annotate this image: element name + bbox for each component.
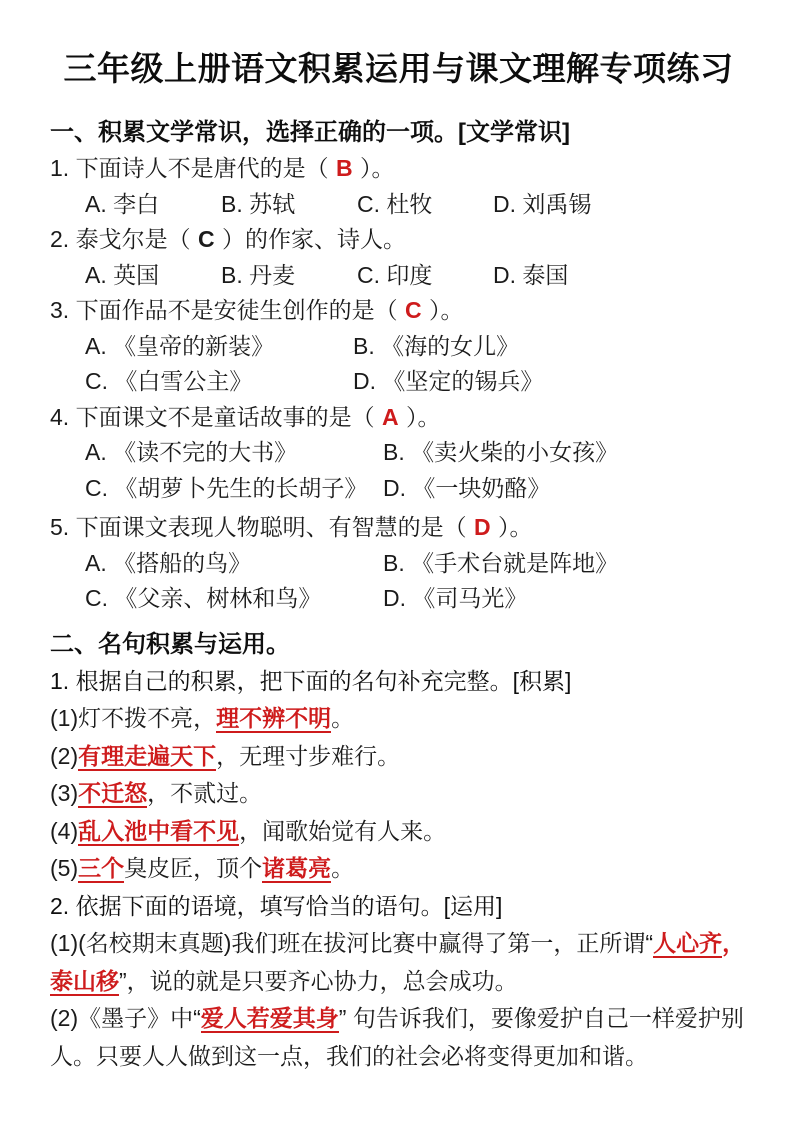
usage-item-1-answer-part-2: 泰山移 bbox=[50, 968, 119, 996]
usage-item-2-line-2: 人。只要人人做到这一点，我们的社会必将变得更加和谐。 bbox=[50, 1038, 747, 1076]
fill-item-1-answer: 理不辨不明 bbox=[216, 705, 331, 733]
section-2: 二、名句积累与运用。 1. 根据自己的积累，把下面的名句补充完整。[积累] (1… bbox=[50, 626, 747, 1076]
fill-item-5: (5)三个臭皮匠，顶个诸葛亮。 bbox=[50, 850, 747, 888]
question-4-text-end: ）。 bbox=[400, 404, 441, 430]
question-3-text: 3. 下面作品不是安徒生创作的是（ bbox=[50, 297, 404, 323]
question-1-option-a: A. 李白 bbox=[85, 187, 221, 223]
question-4-option-b: B. 《卖火柴的小女孩》 bbox=[383, 435, 747, 471]
question-1: 1. 下面诗人不是唐代的是（ B ）。 bbox=[50, 151, 747, 187]
question-5-option-c: C. 《父亲、树林和鸟》 bbox=[85, 581, 383, 617]
question-3-options-row-2: C. 《白雪公主》 D. 《坚定的锡兵》 bbox=[50, 364, 747, 400]
usage-item-1-text: (1)(名校期末真题)我们班在拔河比赛中赢得了第一，正所谓“ bbox=[50, 930, 653, 956]
question-4-text: 4. 下面课文不是童话故事的是（ bbox=[50, 404, 381, 430]
fill-item-5-answer-1: 三个 bbox=[78, 855, 124, 883]
question-5-option-b: B. 《手术台就是阵地》 bbox=[383, 546, 747, 582]
question-3: 3. 下面作品不是安徒生创作的是（ C ）。 bbox=[50, 293, 747, 329]
question-5-text: 5. 下面课文表现人物聪明、有智慧的是（ bbox=[50, 514, 473, 540]
question-2-answer: C bbox=[197, 226, 216, 252]
section-2-heading: 二、名句积累与运用。 bbox=[50, 626, 747, 663]
question-2-option-b: B. 丹麦 bbox=[221, 258, 357, 294]
question-5-options-row-2: C. 《父亲、树林和鸟》 D. 《司马光》 bbox=[50, 581, 747, 617]
question-1-text-end: ）。 bbox=[354, 155, 395, 181]
question-3-option-d: D. 《坚定的锡兵》 bbox=[353, 364, 747, 400]
fill-item-5-answer-2: 诸葛亮 bbox=[262, 855, 331, 883]
fill-item-4-text-end: ，闻歌始觉有人来。 bbox=[239, 818, 446, 844]
question-2-option-d: D. 泰国 bbox=[493, 258, 629, 294]
question-4-options-row-2: C. 《胡萝卜先生的长胡子》 D. 《一块奶酪》 bbox=[50, 471, 747, 507]
section-2-sub-1: 1. 根据自己的积累，把下面的名句补充完整。[积累] bbox=[50, 663, 747, 701]
usage-item-1-answer-comma: ， bbox=[722, 930, 745, 956]
usage-item-2-text: (2)《墨子》中“ bbox=[50, 1005, 201, 1031]
question-5-text-end: ）。 bbox=[492, 514, 533, 540]
question-2-option-a: A. 英国 bbox=[85, 258, 221, 294]
fill-item-2-text-end: ，无理寸步难行。 bbox=[216, 743, 400, 769]
fill-item-4-answer: 乱入池中看不见 bbox=[78, 818, 239, 846]
question-2-option-c: C. 印度 bbox=[357, 258, 493, 294]
question-5-option-a: A. 《搭船的鸟》 bbox=[85, 546, 383, 582]
fill-item-3-answer: 不迁怒 bbox=[78, 780, 147, 808]
usage-item-1-line-1: (1)(名校期末真题)我们班在拔河比赛中赢得了第一，正所谓“人心齐， bbox=[50, 925, 747, 963]
question-4-options-row-1: A. 《读不完的大书》 B. 《卖火柴的小女孩》 bbox=[50, 435, 747, 471]
fill-item-3-text-end: ，不贰过。 bbox=[147, 780, 262, 806]
section-1: 一、积累文学常识，选择正确的一项。[文学常识] 1. 下面诗人不是唐代的是（ B… bbox=[50, 114, 747, 617]
question-2-options: A. 英国 B. 丹麦 C. 印度 D. 泰国 bbox=[50, 258, 747, 294]
fill-item-5-text-end: 。 bbox=[331, 855, 354, 881]
fill-item-3-text: (3) bbox=[50, 780, 78, 806]
question-1-answer: B bbox=[335, 155, 354, 181]
fill-item-1: (1)灯不拨不亮，理不辨不明。 bbox=[50, 700, 747, 738]
question-3-option-a: A. 《皇帝的新装》 bbox=[85, 329, 353, 365]
question-4-option-c: C. 《胡萝卜先生的长胡子》 bbox=[85, 471, 383, 507]
fill-item-2-answer: 有理走遍天下 bbox=[78, 743, 216, 771]
question-1-option-b: B. 苏轼 bbox=[221, 187, 357, 223]
question-3-option-c: C. 《白雪公主》 bbox=[85, 364, 353, 400]
usage-item-1-line-2: 泰山移”，说的就是只要齐心协力，总会成功。 bbox=[50, 963, 747, 1001]
fill-item-3: (3)不迁怒，不贰过。 bbox=[50, 775, 747, 813]
fill-item-5-text-mid: 臭皮匠，顶个 bbox=[124, 855, 262, 881]
fill-item-2-text: (2) bbox=[50, 743, 78, 769]
usage-item-1-answer-part-1: 人心齐 bbox=[653, 930, 722, 958]
section-1-heading: 一、积累文学常识，选择正确的一项。[文学常识] bbox=[50, 114, 747, 151]
question-3-option-b: B. 《海的女儿》 bbox=[353, 329, 747, 365]
question-5-option-d: D. 《司马光》 bbox=[383, 581, 747, 617]
question-4: 4. 下面课文不是童话故事的是（ A ）。 bbox=[50, 400, 747, 436]
question-4-answer: A bbox=[381, 404, 400, 430]
question-5-options-row-1: A. 《搭船的鸟》 B. 《手术台就是阵地》 bbox=[50, 546, 747, 582]
fill-item-2: (2)有理走遍天下，无理寸步难行。 bbox=[50, 738, 747, 776]
question-5-answer: D bbox=[473, 514, 492, 540]
fill-item-1-text: (1)灯不拨不亮， bbox=[50, 705, 216, 731]
usage-item-2-answer: 爱人若爱其身 bbox=[201, 1005, 339, 1033]
fill-item-4-text: (4) bbox=[50, 818, 78, 844]
question-3-text-end: ）。 bbox=[423, 297, 464, 323]
question-1-option-d: D. 刘禹锡 bbox=[493, 187, 629, 223]
question-2-text-end: ）的作家、诗人。 bbox=[216, 226, 406, 252]
question-2-text: 2. 泰戈尔是（ bbox=[50, 226, 197, 252]
question-3-options-row-1: A. 《皇帝的新装》 B. 《海的女儿》 bbox=[50, 329, 747, 365]
fill-item-1-text-end: 。 bbox=[331, 705, 354, 731]
usage-item-2-text-mid: ” 句告诉我们，要像爱护自己一样爱护别 bbox=[339, 1005, 744, 1031]
question-5: 5. 下面课文表现人物聪明、有智慧的是（ D ）。 bbox=[50, 510, 747, 546]
question-4-option-d: D. 《一块奶酪》 bbox=[383, 471, 747, 507]
question-3-answer: C bbox=[404, 297, 423, 323]
page-title: 三年级上册语文积累运用与课文理解专项练习 bbox=[50, 46, 747, 92]
question-2: 2. 泰戈尔是（ C ）的作家、诗人。 bbox=[50, 222, 747, 258]
usage-item-1-text-end: ”，说的就是只要齐心协力，总会成功。 bbox=[119, 968, 518, 994]
usage-item-2-line-1: (2)《墨子》中“爱人若爱其身” 句告诉我们，要像爱护自己一样爱护别 bbox=[50, 1000, 747, 1038]
worksheet-page: 三年级上册语文积累运用与课文理解专项练习 一、积累文学常识，选择正确的一项。[文… bbox=[0, 0, 793, 1075]
fill-item-4: (4)乱入池中看不见，闻歌始觉有人来。 bbox=[50, 813, 747, 851]
question-1-text: 1. 下面诗人不是唐代的是（ bbox=[50, 155, 335, 181]
question-4-option-a: A. 《读不完的大书》 bbox=[85, 435, 383, 471]
question-1-option-c: C. 杜牧 bbox=[357, 187, 493, 223]
section-2-sub-2: 2. 依据下面的语境，填写恰当的语句。[运用] bbox=[50, 888, 747, 926]
fill-item-5-text: (5) bbox=[50, 855, 78, 881]
question-1-options: A. 李白 B. 苏轼 C. 杜牧 D. 刘禹锡 bbox=[50, 187, 747, 223]
